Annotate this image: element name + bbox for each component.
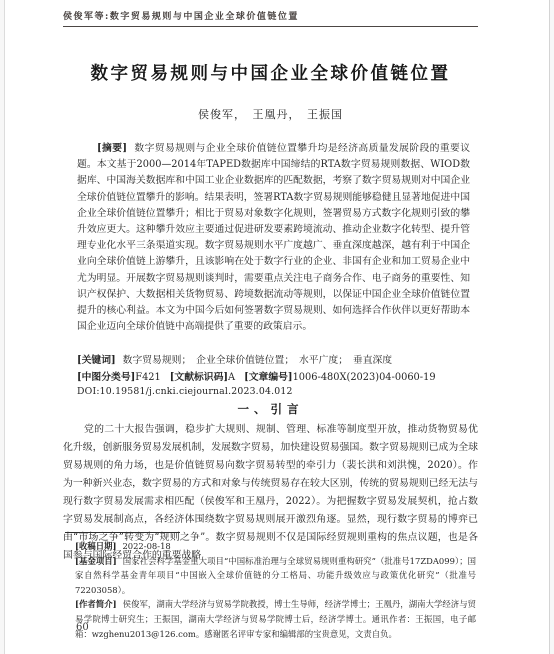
keywords-line: [关键词]数字贸易规则； 企业全球价值链位置； 水平广度； 垂直深度 — [77, 352, 470, 366]
keywords-label: [关键词] — [77, 355, 116, 366]
author-bio-text: 侯俊军，湖南大学经济与贸易学院教授，博士生导师，经济学博士；王凰丹，湖南大学经济… — [75, 599, 476, 638]
abstract-paragraph: [摘要]数字贸易规则与企业全球价值链位置攀升均是经济高质量发展阶段的重要议题。本… — [77, 141, 470, 335]
clc-value: F421 — [135, 372, 161, 383]
article-id-value: 1006-480X(2023)04-0060-19 — [293, 372, 436, 383]
footnote-funding: [基金项目]国家社会科学基金重大项目“中国标准治理与全球贸易规则重构研究”（批准… — [63, 554, 478, 598]
footnote-author-bio: [作者简介]侯俊军，湖南大学经济与贸易学院教授，博士生导师，经济学博士；王凰丹，… — [63, 597, 478, 641]
article-title: 数字贸易规则与中国企业全球价值链位置 — [63, 60, 478, 85]
running-head: 侯俊军等:数字贸易规则与中国企业全球价值链位置 — [63, 0, 478, 27]
footnote-separator-rule — [65, 532, 180, 533]
page-content: 侯俊军等:数字贸易规则与中国企业全球价值链位置 数字贸易规则与中国企业全球价值链… — [63, 0, 478, 654]
page-edge-right — [549, 0, 550, 654]
abstract-block: [摘要]数字贸易规则与企业全球价值链位置攀升均是经济高质量发展阶段的重要议题。本… — [77, 141, 470, 335]
abstract-label: [摘要] — [97, 143, 127, 154]
section-heading-introduction: 一、引言 — [63, 401, 478, 417]
page-number: 60 — [76, 622, 89, 633]
footnote-received: [收稿日期]2022-08-18 — [63, 539, 478, 554]
authors-line: 侯俊军， 王凰丹， 王振国 — [63, 106, 478, 122]
doi-line: DOI:10.19581/j.cnki.ciejournal.2023.04.0… — [77, 386, 470, 397]
author-bio-label: [作者简介] — [75, 599, 117, 609]
page-edge-left — [4, 0, 5, 654]
scan-margin-right — [550, 0, 554, 654]
doc-code-value: A — [228, 372, 235, 383]
received-date-label: [收稿日期] — [75, 541, 116, 551]
clc-label: [中图分类号] — [77, 372, 135, 383]
received-date-value: 2022-08-18 — [122, 541, 170, 551]
funding-label: [基金项目] — [75, 556, 117, 566]
footnote-block: [收稿日期]2022-08-18 [基金项目]国家社会科学基金重大项目“中国标准… — [63, 532, 478, 641]
doc-code-label: [文献标识码] — [170, 372, 228, 383]
keywords-text: 数字贸易规则； 企业全球价值链位置； 水平广度； 垂直深度 — [123, 355, 392, 366]
article-id-label: [文章编号] — [244, 372, 292, 383]
funding-text: 国家社会科学基金重大项目“中国标准治理与全球贸易规则重构研究”（批准号17ZDA… — [75, 556, 476, 595]
classification-line: [中图分类号]F421[文献标识码]A[文章编号]1006-480X(2023)… — [77, 369, 470, 383]
abstract-text: 数字贸易规则与企业全球价值链位置攀升均是经济高质量发展阶段的重要议题。本文基于2… — [77, 143, 470, 332]
